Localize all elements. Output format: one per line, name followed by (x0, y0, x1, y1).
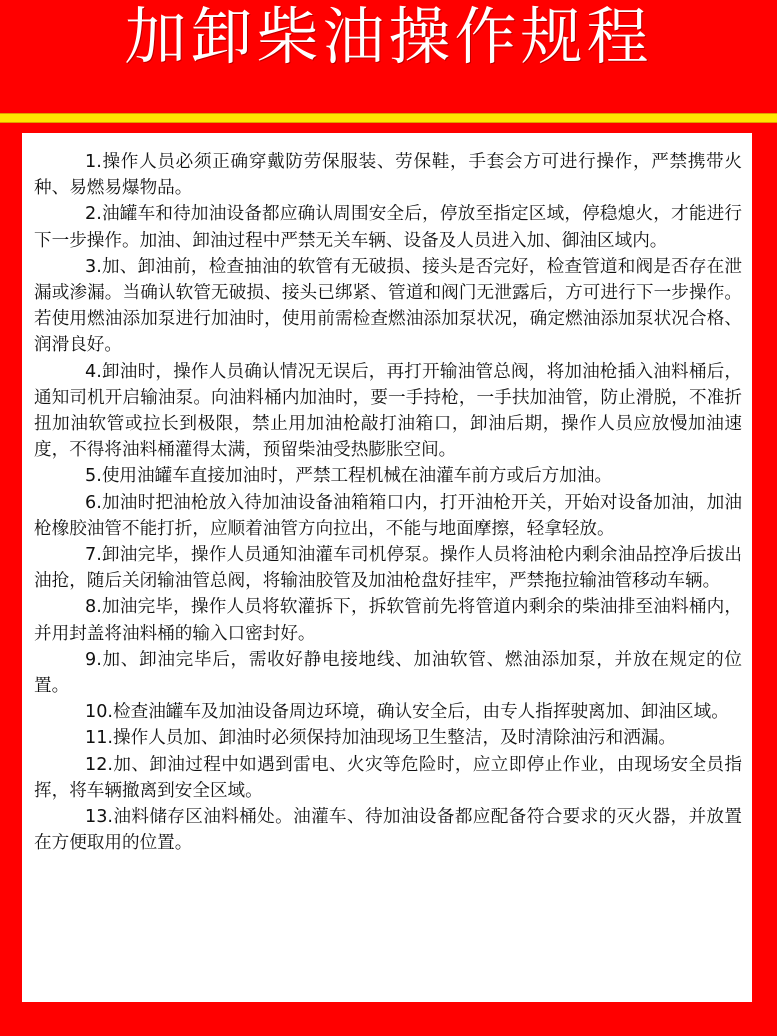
bottom-border-band (0, 1002, 777, 1036)
poster-title: 加卸柴油操作规程 (124, 6, 652, 68)
rules-panel: 1.操作人员必须正确穿戴防劳保服装、劳保鞋，手套会方可进行操作，严禁携带火种、易… (22, 133, 752, 1002)
rules-list: 1.操作人员必须正确穿戴防劳保服装、劳保鞋，手套会方可进行操作，严禁携带火种、易… (34, 149, 742, 856)
rule-item: 9.加、卸油完毕后，需收好静电接地线、加油软管、燃油添加泵，并放在规定的位置。 (34, 647, 742, 699)
rule-item: 5.使用油罐车直接加油时，严禁工程机械在油灌车前方或后方加油。 (34, 463, 742, 489)
rule-item: 8.加油完毕，操作人员将软灌拆下，拆软管前先将管道内剩余的柴油排至油料桶内，并用… (34, 594, 742, 646)
rule-item: 1.操作人员必须正确穿戴防劳保服装、劳保鞋，手套会方可进行操作，严禁携带火种、易… (34, 149, 742, 201)
rule-item: 12.加、卸油过程中如遇到雷电、火灾等危险时，应立即停止作业，由现场安全员指挥，… (34, 752, 742, 804)
rule-item: 11.操作人员加、卸油时必须保持加油现场卫生整洁，及时清除油污和洒漏。 (34, 725, 742, 751)
rule-item: 13.油料储存区油料桶处。油灌车、待加油设备都应配备符合要求的灭火器，并放置在方… (34, 804, 742, 856)
rule-item: 10.检查油罐车及加油设备周边环境，确认安全后，由专人指挥驶离加、卸油区域。 (34, 699, 742, 725)
yellow-divider-stripe (0, 113, 777, 123)
rule-item: 3.加、卸油前，检查抽油的软管有无破损、接头是否完好，检查管道和阀是否存在泄漏或… (34, 254, 742, 359)
rule-item: 2.油罐车和待加油设备都应确认周围安全后，停放至指定区域，停稳熄火，才能进行下一… (34, 201, 742, 253)
title-bar: 加卸柴油操作规程 (0, 0, 777, 112)
safety-poster: 加卸柴油操作规程 1.操作人员必须正确穿戴防劳保服装、劳保鞋，手套会方可进行操作… (0, 0, 777, 1036)
rule-item: 6.加油时把油枪放入待加油设备油箱箱口内，打开油枪开关，开始对设备加油，加油枪橡… (34, 490, 742, 542)
rule-item: 4.卸油时，操作人员确认情况无误后，再打开输油管总阀，将加油枪插入油料桶后，通知… (34, 359, 742, 464)
rule-item: 7.卸油完毕，操作人员通知油灌车司机停泵。操作人员将油枪内剩余油品控净后拔出油抢… (34, 542, 742, 594)
